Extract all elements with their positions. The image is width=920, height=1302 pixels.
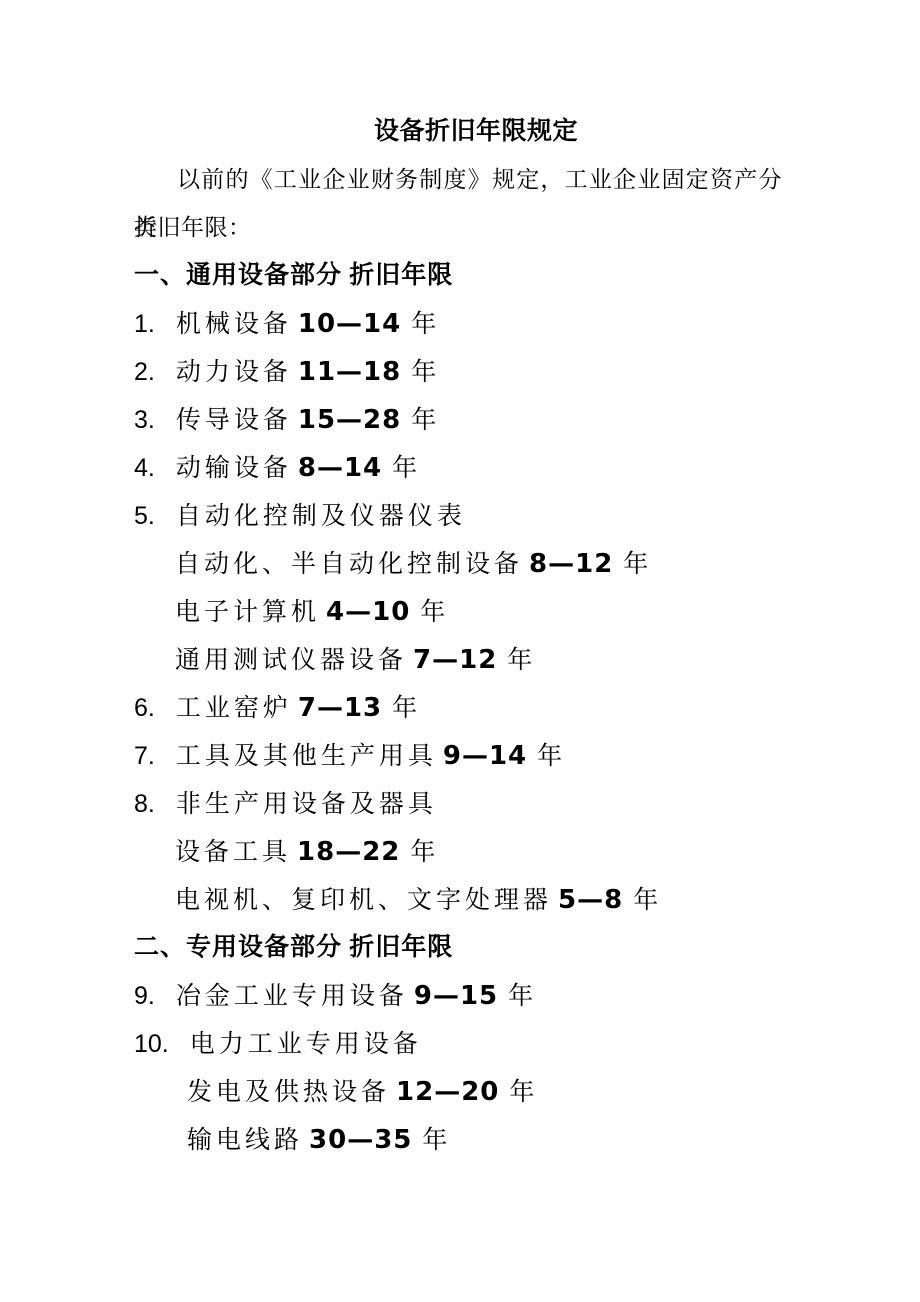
year-range: 7—12 [413,645,497,675]
year-range: 7—13 [298,693,382,723]
item-line-10-sub-1: 发电及供热设备12—20年 [134,1068,782,1116]
item-line-8-sub-2: 电视机、复印机、文字处理器5—8年 [134,876,782,924]
item-number: 6. [134,684,155,732]
item-name: 设备工具 [175,839,291,866]
year-unit: 年 [537,743,562,770]
year-unit: 年 [633,887,658,914]
item-line-4: 4.动输设备8—14年 [134,444,782,492]
item-line-5: 5.自动化控制及仪器仪表 [134,492,782,540]
item-line-10-sub-2: 输电线路30—35年 [134,1116,782,1164]
year-unit: 年 [508,983,533,1010]
item-line-10: 10.电力工业专用设备 [134,1020,782,1068]
item-line-5-sub-2: 电子计算机4—10年 [134,588,782,636]
year-range: 30—35 [309,1125,412,1155]
item-line-8: 8.非生产用设备及器具 [134,780,782,828]
item-number: 3. [134,396,155,444]
item-number: 5. [134,492,155,540]
item-number: 9. [134,972,155,1020]
item-line-2: 2.动力设备11—18年 [134,348,782,396]
item-number: 1. [134,300,155,348]
item-number: 2. [134,348,155,396]
item-number: 8. [134,780,155,828]
item-line-7: 7.工具及其他生产用具9—14年 [134,732,782,780]
item-name: 电视机、复印机、文字处理器 [175,887,552,914]
year-range: 12—20 [396,1077,499,1107]
year-unit: 年 [392,455,417,482]
year-range: 9—15 [414,981,498,1011]
year-unit: 年 [509,1079,534,1106]
item-name: 自动化控制及仪器仪表 [176,503,466,530]
item-line-3: 3.传导设备15—28年 [134,396,782,444]
item-line-6: 6.工业窑炉7—13年 [134,684,782,732]
year-range: 8—12 [529,549,613,579]
document-page: 设备折旧年限规定 以前的《工业企业财务制度》规定，工业企业固定资产分类 折旧年限… [0,0,920,1302]
item-name: 发电及供热设备 [187,1079,390,1106]
item-name: 自动化、半自动化控制设备 [175,551,523,578]
item-name: 电子计算机 [175,599,320,626]
intro-paragraph-line-1: 以前的《工业企业财务制度》规定，工业企业固定资产分类 [134,156,782,204]
year-unit: 年 [422,1127,447,1154]
year-unit: 年 [507,647,532,674]
year-range: 5—8 [558,885,623,915]
intro-paragraph-line-2: 折旧年限： [134,204,782,252]
item-name: 机械设备 [176,311,292,338]
item-line-1: 1.机械设备10—14年 [134,300,782,348]
item-number: 10. [134,1020,169,1068]
item-number: 4. [134,444,155,492]
item-line-9: 9.冶金工业专用设备9—15年 [134,972,782,1020]
item-name: 动力设备 [176,359,292,386]
item-name: 通用测试仪器设备 [175,647,407,674]
year-unit: 年 [411,311,436,338]
year-range: 8—14 [298,453,382,483]
year-range: 10—14 [298,309,401,339]
item-name: 电力工业专用设备 [190,1031,422,1058]
year-range: 11—18 [298,357,401,387]
item-name: 工业窑炉 [176,695,292,722]
year-range: 9—14 [443,741,527,771]
year-range: 18—22 [297,837,400,867]
item-line-5-sub-1: 自动化、半自动化控制设备8—12年 [134,540,782,588]
year-unit: 年 [420,599,445,626]
item-number: 7. [134,732,155,780]
year-unit: 年 [411,359,436,386]
item-name: 传导设备 [176,407,292,434]
item-line-5-sub-3: 通用测试仪器设备7—12年 [134,636,782,684]
item-line-8-sub-1: 设备工具18—22年 [134,828,782,876]
year-unit: 年 [623,551,648,578]
year-range: 15—28 [298,405,401,435]
section-2-heading: 二、专用设备部分 折旧年限 [134,924,782,972]
year-unit: 年 [410,839,435,866]
document-title: 设备折旧年限规定 [134,108,782,156]
year-range: 4—10 [326,597,410,627]
item-name: 动输设备 [176,455,292,482]
year-unit: 年 [392,695,417,722]
item-name: 输电线路 [187,1127,303,1154]
item-name: 非生产用设备及器具 [176,791,437,818]
item-name: 冶金工业专用设备 [176,983,408,1010]
year-unit: 年 [411,407,436,434]
section-1-heading: 一、通用设备部分 折旧年限 [134,252,782,300]
item-name: 工具及其他生产用具 [176,743,437,770]
